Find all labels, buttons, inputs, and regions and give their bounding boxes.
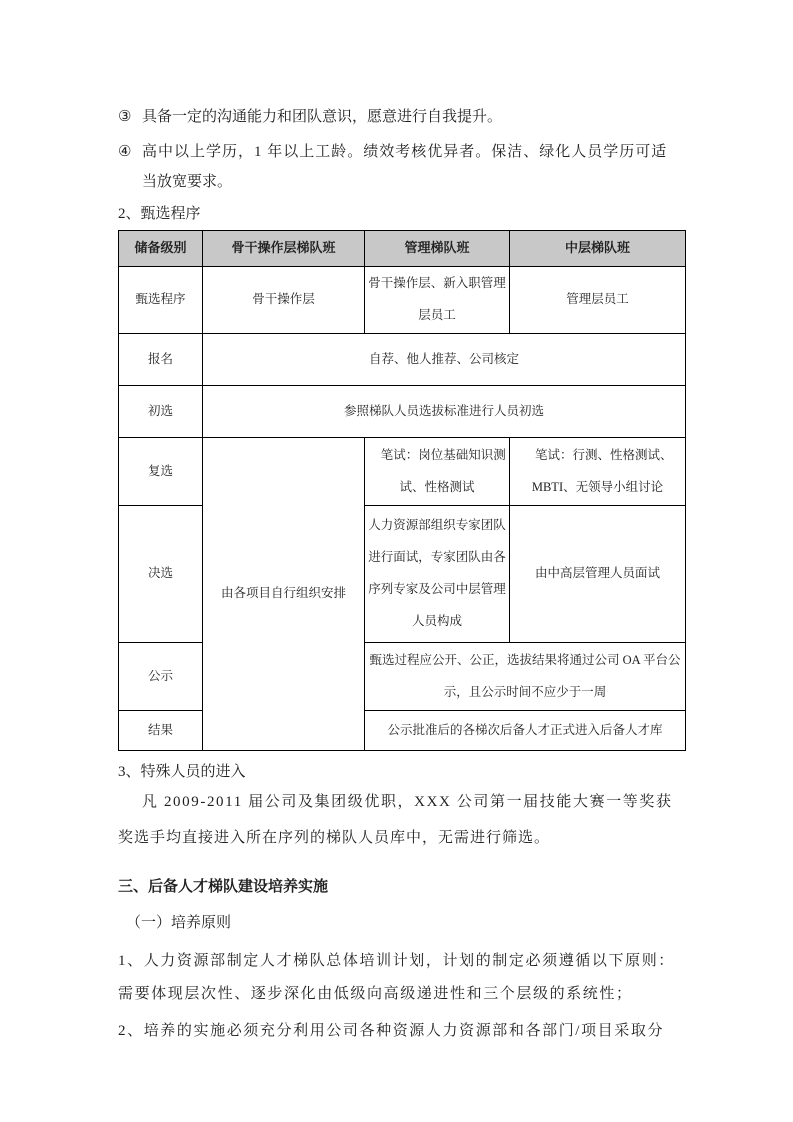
cell-final-middle: 由中高层管理人员面试 — [510, 506, 686, 643]
part3-p1-line1: 1、人力资源部制定人才梯队总体培训计划，计划的制定必须遵循以下原则： — [118, 950, 675, 972]
list-item-3-text: 具备一定的沟通能力和团队意识，愿意进行自我提升。 — [142, 109, 502, 125]
list-item-3: ③具备一定的沟通能力和团队意识，愿意进行自我提升。 — [118, 106, 502, 128]
list-item-4-line2: 当放宽要求。 — [142, 171, 232, 193]
circled-4-marker: ④ — [118, 141, 142, 163]
part3-p2-line1: 2、培养的实施必须充分利用公司各种资源人力资源部和各部门/项目采取分 — [118, 1020, 664, 1042]
cell-procedure-middle: 管理层员工 — [510, 267, 686, 334]
table-row-procedure: 甄选程序 骨干操作层 骨干操作层、新入职管理层员工 管理层员工 — [119, 267, 686, 334]
row-label-initial: 初选 — [119, 386, 203, 438]
row-label-publicity: 公示 — [119, 643, 203, 711]
list-item-4-line1: ④高中以上学历，1 年以上工龄。绩效考核优异者。保洁、绿化人员学历可适 — [118, 141, 667, 163]
part3-sub1: （一）培养原则 — [126, 912, 231, 934]
row-label-final: 决选 — [119, 506, 203, 643]
section3-title: 3、特殊人员的进入 — [118, 761, 246, 783]
section3-para-line1: 凡 2009-2011 届公司及集团级优职，XXX 公司第一届技能大赛一等奖获 — [142, 791, 673, 813]
cell-backbone-merged: 由各项目自行组织安排 — [203, 438, 365, 751]
header-management-class: 管理梯队班 — [365, 231, 510, 267]
cell-second-middle: 笔试：行测、性格测试、MBTI、无领导小组讨论 — [510, 438, 686, 506]
row-label-signup: 报名 — [119, 334, 203, 386]
row-label-second: 复选 — [119, 438, 203, 506]
document-page: ③具备一定的沟通能力和团队意识，愿意进行自我提升。 ④高中以上学历，1 年以上工… — [0, 0, 793, 1122]
section3-para-line2: 奖选手均直接进入所在序列的梯队人员库中，无需进行筛选。 — [118, 827, 550, 849]
header-backbone-class: 骨干操作层梯队班 — [203, 231, 365, 267]
cell-procedure-management: 骨干操作层、新入职管理层员工 — [365, 267, 510, 334]
cell-final-management: 人力资源部组织专家团队进行面试，专家团队由各序列专家及公司中层管理人员构成 — [365, 506, 510, 643]
part3-heading: 三、后备人才梯队建设培养实施 — [118, 876, 328, 898]
selection-procedure-table: 储备级别 骨干操作层梯队班 管理梯队班 中层梯队班 甄选程序 骨干操作层 骨干操… — [118, 230, 686, 751]
part3-p1-line2: 需要体现层次性、逐步深化由低级向高级递进性和三个层级的系统性； — [118, 983, 633, 1005]
cell-second-management: 笔试：岗位基础知识测试、性格测试 — [365, 438, 510, 506]
cell-signup-all: 自荐、他人推荐、公司核定 — [203, 334, 686, 386]
header-reserve-level: 储备级别 — [119, 231, 203, 267]
row-label-procedure: 甄选程序 — [119, 267, 203, 334]
cell-publicity-all: 甄选过程应公开、公正，选拔结果将通过公司 OA 平台公示，且公示时间不应少于一周 — [365, 643, 686, 711]
table-row-second: 复选 由各项目自行组织安排 笔试：岗位基础知识测试、性格测试 笔试：行测、性格测… — [119, 438, 686, 506]
list-item-4-text: 高中以上学历，1 年以上工龄。绩效考核优异者。保洁、绿化人员学历可适 — [142, 144, 667, 160]
table-row-initial: 初选 参照梯队人员选拔标准进行人员初选 — [119, 386, 686, 438]
row-label-result: 结果 — [119, 711, 203, 751]
table-row-signup: 报名 自荐、他人推荐、公司核定 — [119, 334, 686, 386]
circled-3-marker: ③ — [118, 106, 142, 128]
cell-procedure-backbone: 骨干操作层 — [203, 267, 365, 334]
section2-title: 2、甄选程序 — [118, 203, 201, 225]
cell-initial-all: 参照梯队人员选拔标准进行人员初选 — [203, 386, 686, 438]
header-middle-class: 中层梯队班 — [510, 231, 686, 267]
table-header-row: 储备级别 骨干操作层梯队班 管理梯队班 中层梯队班 — [119, 231, 686, 267]
cell-result-all: 公示批准后的各梯次后备人才正式进入后备人才库 — [365, 711, 686, 751]
